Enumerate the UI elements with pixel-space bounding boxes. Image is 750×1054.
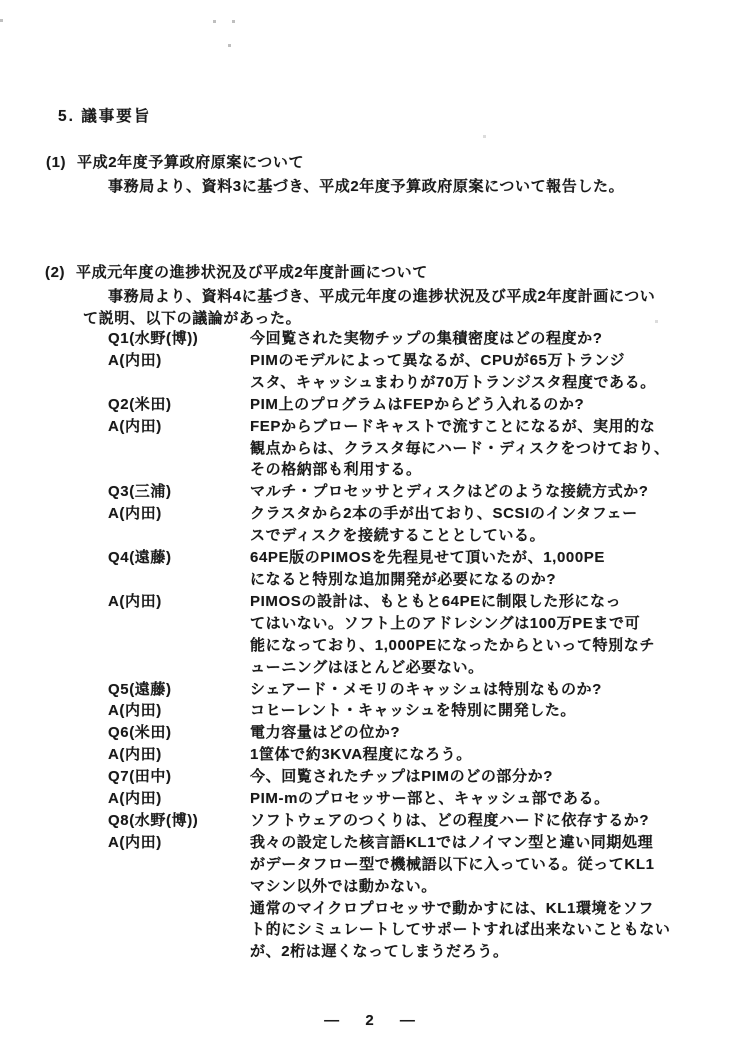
- scan-speck: [483, 135, 486, 138]
- qa-row: Q7(田中)今、回覧されたチップはPIMのどの部分か?: [108, 766, 708, 788]
- qa-text-line: 64PE版のPIMOSを先程見せて頂いたが、1,000PE: [250, 547, 605, 569]
- qa-question-speaker: Q1(水野(博)): [108, 328, 250, 350]
- qa-text-line: 今回覧された実物チップの集積密度はどの程度か?: [250, 328, 603, 350]
- section-1-title-row: (1)平成2年度予算政府原案について: [46, 152, 304, 174]
- qa-row: A(内田)FEPからブロードキャストで流すことになるが、実用的な観点からは、クラ…: [108, 416, 708, 482]
- section-1-number: (1): [46, 152, 77, 174]
- qa-text: マルチ・プロセッサとディスクはどのような接続方式か?: [250, 481, 649, 503]
- qa-question-speaker: Q6(米田): [108, 722, 250, 744]
- qa-text-line: になると特別な追加開発が必要になるのか?: [250, 569, 605, 591]
- qa-text-line: ソフトウェアのつくりは、どの程度ハードに依存するか?: [250, 810, 649, 832]
- qa-text-line: ューニングはほとんど必要ない。: [250, 657, 655, 679]
- qa-text: 64PE版のPIMOSを先程見せて頂いたが、1,000PEになると特別な追加開発…: [250, 547, 605, 591]
- qa-text-line: スタ、キャッシュまわりが70万トランジスタ程度である。: [250, 372, 656, 394]
- qa-question-speaker: Q4(遠藤): [108, 547, 250, 591]
- qa-text: PIM上のプログラムはFEPからどう入れるのか?: [250, 394, 584, 416]
- qa-answer-speaker: A(内田): [108, 591, 250, 679]
- qa-row: Q8(水野(博))ソフトウェアのつくりは、どの程度ハードに依存するか?: [108, 810, 708, 832]
- qa-row: Q2(米田)PIM上のプログラムはFEPからどう入れるのか?: [108, 394, 708, 416]
- qa-text-line: PIMOSの設計は、もともと64PEに制限した形になっ: [250, 591, 655, 613]
- scan-speck: [213, 20, 216, 23]
- qa-text-line: コヒーレント・キャッシュを特別に開発した。: [250, 700, 576, 722]
- qa-text: 今回覧された実物チップの集積密度はどの程度か?: [250, 328, 603, 350]
- qa-text-line: 電力容量はどの位か?: [250, 722, 400, 744]
- qa-row: A(内田)我々の設定した核言語KL1ではノイマン型と違い同期処理がデータフロー型…: [108, 832, 708, 963]
- section-2-body-line: 事務局より、資料4に基づき、平成元年度の進捗状況及び平成2年度計画につい: [108, 286, 655, 308]
- section-2-title: 平成元年度の進捗状況及び平成2年度計画について: [76, 264, 428, 281]
- qa-text-line: てはいない。ソフト上のアドレシングは100万PEまで可: [250, 613, 655, 635]
- qa-text: ソフトウェアのつくりは、どの程度ハードに依存するか?: [250, 810, 649, 832]
- qa-text-line: シェアード・メモリのキャッシュは特別なものか?: [250, 679, 602, 701]
- qa-row: A(内田)1筐体で約3KVA程度になろう。: [108, 744, 708, 766]
- qa-row: Q5(遠藤)シェアード・メモリのキャッシュは特別なものか?: [108, 679, 708, 701]
- qa-text: 1筐体で約3KVA程度になろう。: [250, 744, 472, 766]
- qa-text-line: マシン以外では動かない。: [250, 876, 670, 898]
- section-2-number: (2): [45, 262, 76, 284]
- section-1-title: 平成2年度予算政府原案について: [77, 154, 304, 171]
- qa-row: Q3(三浦)マルチ・プロセッサとディスクはどのような接続方式か?: [108, 481, 708, 503]
- qa-row: A(内田)コヒーレント・キャッシュを特別に開発した。: [108, 700, 708, 722]
- qa-text-line: PIMのモデルによって異なるが、CPUが65万トランジ: [250, 350, 656, 372]
- qa-text: クラスタから2本の手が出ており、SCSIのインタフェースでディスクを接続すること…: [250, 503, 638, 547]
- qa-question-speaker: Q8(水野(博)): [108, 810, 250, 832]
- page-number: — 2 —: [0, 1012, 750, 1029]
- document-heading: 5. 議事要旨: [58, 106, 151, 128]
- section-2-title-row: (2)平成元年度の進捗状況及び平成2年度計画について: [45, 262, 428, 284]
- qa-text: 電力容量はどの位か?: [250, 722, 400, 744]
- scan-speck: [228, 44, 231, 47]
- qa-answer-speaker: A(内田): [108, 416, 250, 482]
- qa-question-speaker: Q5(遠藤): [108, 679, 250, 701]
- scan-speck: [0, 19, 3, 22]
- qa-text: 我々の設定した核言語KL1ではノイマン型と違い同期処理がデータフロー型で機械語以…: [250, 832, 670, 963]
- qa-answer-speaker: A(内田): [108, 788, 250, 810]
- qa-text-line: ト的にシミュレートしてサポートすれば出来ないこともない: [250, 919, 670, 941]
- qa-text: コヒーレント・キャッシュを特別に開発した。: [250, 700, 576, 722]
- qa-question-speaker: Q3(三浦): [108, 481, 250, 503]
- scan-speck: [232, 20, 235, 23]
- qa-list: Q1(水野(博))今回覧された実物チップの集積密度はどの程度か?A(内田)PIM…: [108, 328, 708, 963]
- qa-row: A(内田)PIM-mのプロセッサー部と、キャッシュ部である。: [108, 788, 708, 810]
- qa-answer-speaker: A(内田): [108, 700, 250, 722]
- qa-text-line: が、2桁は遅くなってしまうだろう。: [250, 941, 670, 963]
- qa-text-line: PIM上のプログラムはFEPからどう入れるのか?: [250, 394, 584, 416]
- qa-row: A(内田)PIMのモデルによって異なるが、CPUが65万トランジスタ、キャッシュ…: [108, 350, 708, 394]
- qa-text-line: その格納部も利用する。: [250, 459, 670, 481]
- scanned-document-page: 5. 議事要旨 (1)平成2年度予算政府原案について 事務局より、資料3に基づき…: [0, 0, 750, 1054]
- qa-row: Q6(米田)電力容量はどの位か?: [108, 722, 708, 744]
- qa-text: PIMOSの設計は、もともと64PEに制限した形になってはいない。ソフト上のアド…: [250, 591, 655, 679]
- section-2-body-line: て説明、以下の議論があった。: [83, 308, 301, 330]
- qa-row: Q1(水野(博))今回覧された実物チップの集積密度はどの程度か?: [108, 328, 708, 350]
- qa-answer-speaker: A(内田): [108, 350, 250, 394]
- qa-row: A(内田)PIMOSの設計は、もともと64PEに制限した形になってはいない。ソフ…: [108, 591, 708, 679]
- qa-text-line: 1筐体で約3KVA程度になろう。: [250, 744, 472, 766]
- qa-text: FEPからブロードキャストで流すことになるが、実用的な観点からは、クラスタ毎にハ…: [250, 416, 670, 482]
- qa-text-line: PIM-mのプロセッサー部と、キャッシュ部である。: [250, 788, 610, 810]
- qa-text-line: 通常のマイクロプロセッサで動かすには、KL1環境をソフ: [250, 898, 670, 920]
- qa-answer-speaker: A(内田): [108, 832, 250, 963]
- section-1-body-line: 事務局より、資料3に基づき、平成2年度予算政府原案について報告した。: [108, 176, 624, 198]
- qa-text-line: マルチ・プロセッサとディスクはどのような接続方式か?: [250, 481, 649, 503]
- qa-text: 今、回覧されたチップはPIMのどの部分か?: [250, 766, 553, 788]
- qa-text: シェアード・メモリのキャッシュは特別なものか?: [250, 679, 602, 701]
- scan-speck: [655, 320, 658, 323]
- qa-text-line: 今、回覧されたチップはPIMのどの部分か?: [250, 766, 553, 788]
- qa-text-line: 能になっており、1,000PEになったからといって特別なチ: [250, 635, 655, 657]
- qa-text-line: FEPからブロードキャストで流すことになるが、実用的な: [250, 416, 670, 438]
- qa-answer-speaker: A(内田): [108, 744, 250, 766]
- qa-question-speaker: Q7(田中): [108, 766, 250, 788]
- qa-question-speaker: Q2(米田): [108, 394, 250, 416]
- qa-text: PIM-mのプロセッサー部と、キャッシュ部である。: [250, 788, 610, 810]
- qa-text-line: 我々の設定した核言語KL1ではノイマン型と違い同期処理: [250, 832, 670, 854]
- qa-text-line: クラスタから2本の手が出ており、SCSIのインタフェー: [250, 503, 638, 525]
- qa-row: A(内田)クラスタから2本の手が出ており、SCSIのインタフェースでディスクを接…: [108, 503, 708, 547]
- qa-text: PIMのモデルによって異なるが、CPUが65万トランジスタ、キャッシュまわりが7…: [250, 350, 656, 394]
- qa-text-line: スでディスクを接続することとしている。: [250, 525, 638, 547]
- qa-row: Q4(遠藤)64PE版のPIMOSを先程見せて頂いたが、1,000PEになると特…: [108, 547, 708, 591]
- qa-text-line: がデータフロー型で機械語以下に入っている。従ってKL1: [250, 854, 670, 876]
- qa-answer-speaker: A(内田): [108, 503, 250, 547]
- qa-text-line: 観点からは、クラスタ毎にハード・ディスクをつけており、: [250, 438, 670, 460]
